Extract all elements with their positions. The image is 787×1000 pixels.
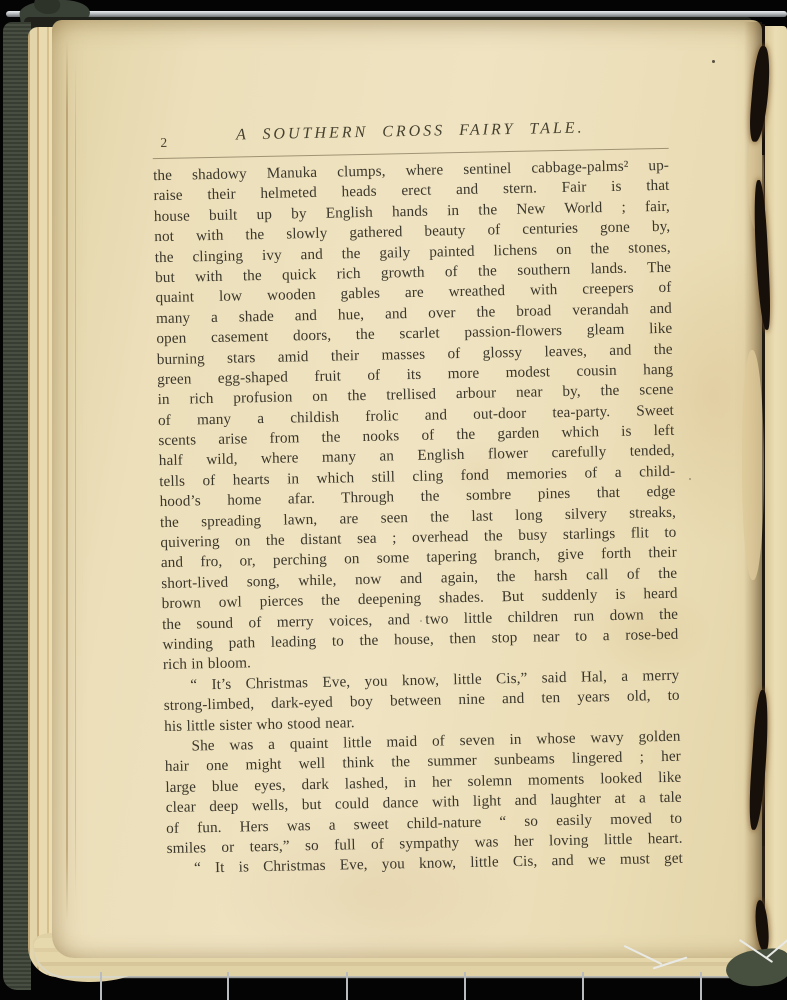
page-crease-faint (75, 60, 76, 900)
body-text: the shadowy Manuka clumps, where sentine… (153, 156, 683, 880)
page-number: 2 (160, 135, 167, 151)
scale-tick (346, 972, 348, 1000)
book-photograph: 2 A SOUTHERN CROSS FAIRY TALE. the shado… (0, 0, 787, 1000)
page-crease (66, 40, 68, 920)
scale-tick (700, 972, 702, 1000)
paper-speck (712, 60, 715, 63)
scale-tick (464, 972, 466, 1000)
book-cover-spine (3, 22, 31, 990)
scale-tick (227, 972, 229, 1000)
next-page-sliver (765, 26, 787, 960)
paper-speck (689, 478, 691, 480)
gutter-fold-line (762, 24, 765, 958)
scale-tick (582, 972, 584, 1000)
page-content: 2 A SOUTHERN CROSS FAIRY TALE. the shado… (152, 113, 683, 880)
scale-tick (100, 972, 102, 1000)
